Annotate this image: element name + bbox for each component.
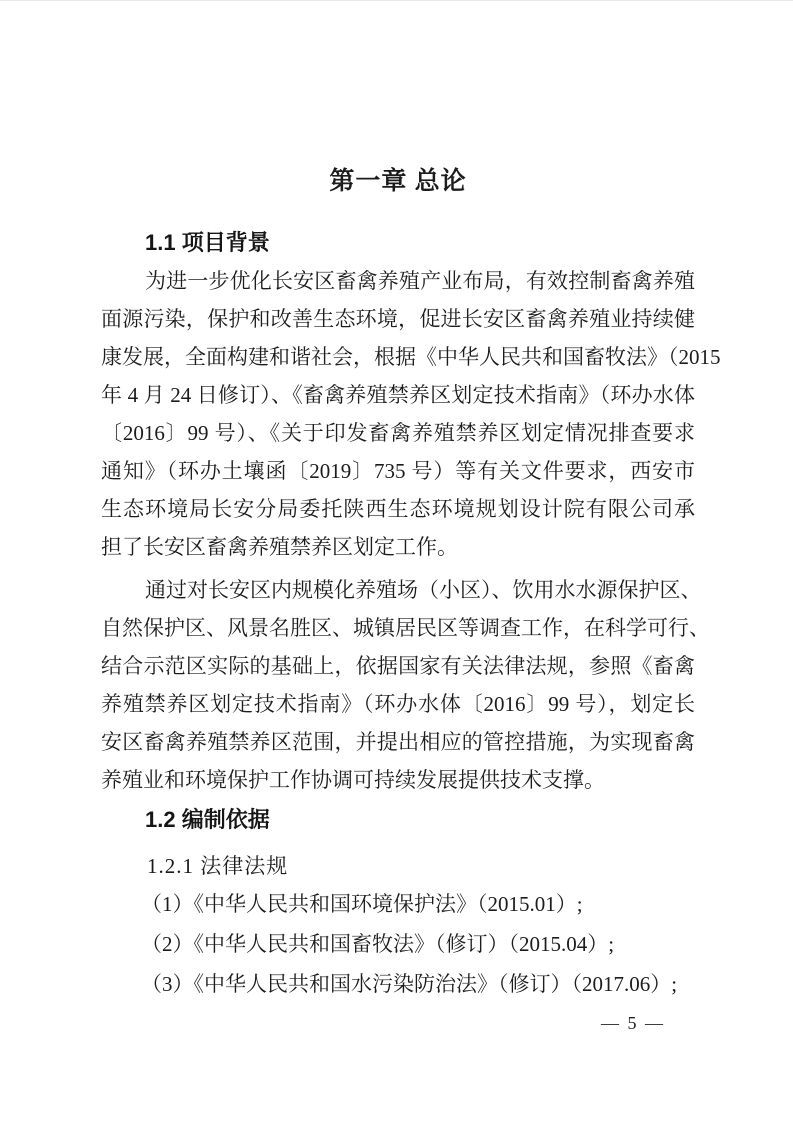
section-heading-1-1: 1.1 项目背景 [101,230,695,256]
law-list-item: （1）《中华人民共和国环境保护法》（2015.01）; [101,884,695,924]
law-reference-list: （1）《中华人民共和国环境保护法》（2015.01）; （2）《中华人民共和国畜… [101,884,695,1004]
paragraph-line: 年 4 月 24 日修订）、《畜禽养殖禁养区划定技术指南》（环办水体 [101,376,695,414]
paragraph-line: 通知》（环办土壤函〔2019〕735 号）等有关文件要求，西安市 [101,452,695,490]
paragraph-line: 康发展，全面构建和谐社会，根据《中华人民共和国畜牧法》（2015 [101,338,695,376]
paragraph-line: 通过对长安区内规模化养殖场（小区）、饮用水水源保护区、 [101,571,695,609]
law-list-item: （3）《中华人民共和国水污染防治法》（修订）（2017.06）; [101,964,695,1004]
paragraph-line: 养殖禁养区划定技术指南》（环办水体〔2016〕99 号），划定长 [101,685,695,723]
paragraph-line: 自然保护区、风景名胜区、城镇居民区等调查工作，在科学可行、 [101,609,695,647]
subsection-heading-1-2-1: 1.2.1 法律法规 [101,854,695,878]
paragraph-line: 担了长安区畜禽养殖禁养区划定工作。 [101,528,695,566]
chapter-title: 第一章 总论 [101,1,695,196]
paragraph-line: 安区畜禽养殖禁养区范围，并提出相应的管控措施，为实现畜禽 [101,723,695,761]
paragraph-project-background: 为进一步优化长安区畜禽养殖产业布局，有效控制畜禽养殖 面源污染，保护和改善生态环… [101,262,695,566]
document-page: 第一章 总论 1.1 项目背景 为进一步优化长安区畜禽养殖产业布局，有效控制畜禽… [0,0,793,1122]
section-heading-1-2: 1.2 编制依据 [101,807,695,833]
paragraph-line: 结合示范区实际的基础上，依据国家有关法律法规，参照《畜禽 [101,647,695,685]
page-content: 第一章 总论 1.1 项目背景 为进一步优化长安区畜禽养殖产业布局，有效控制畜禽… [0,1,793,1004]
paragraph-line: 〔2016〕99 号）、《关于印发畜禽养殖禁养区划定情况排查要求 [101,414,695,452]
paragraph-line: 养殖业和环境保护工作协调可持续发展提供技术支撑。 [101,761,695,799]
paragraph-work-summary: 通过对长安区内规模化养殖场（小区）、饮用水水源保护区、 自然保护区、风景名胜区、… [101,571,695,799]
paragraph-line: 为进一步优化长安区畜禽养殖产业布局，有效控制畜禽养殖 [101,262,695,300]
paragraph-line: 生态环境局长安分局委托陕西生态环境规划设计院有限公司承 [101,490,695,528]
page-number: — 5 — [601,1013,665,1034]
paragraph-line: 面源污染，保护和改善生态环境，促进长安区畜禽养殖业持续健 [101,300,695,338]
law-list-item: （2）《中华人民共和国畜牧法》（修订）（2015.04）; [101,924,695,964]
